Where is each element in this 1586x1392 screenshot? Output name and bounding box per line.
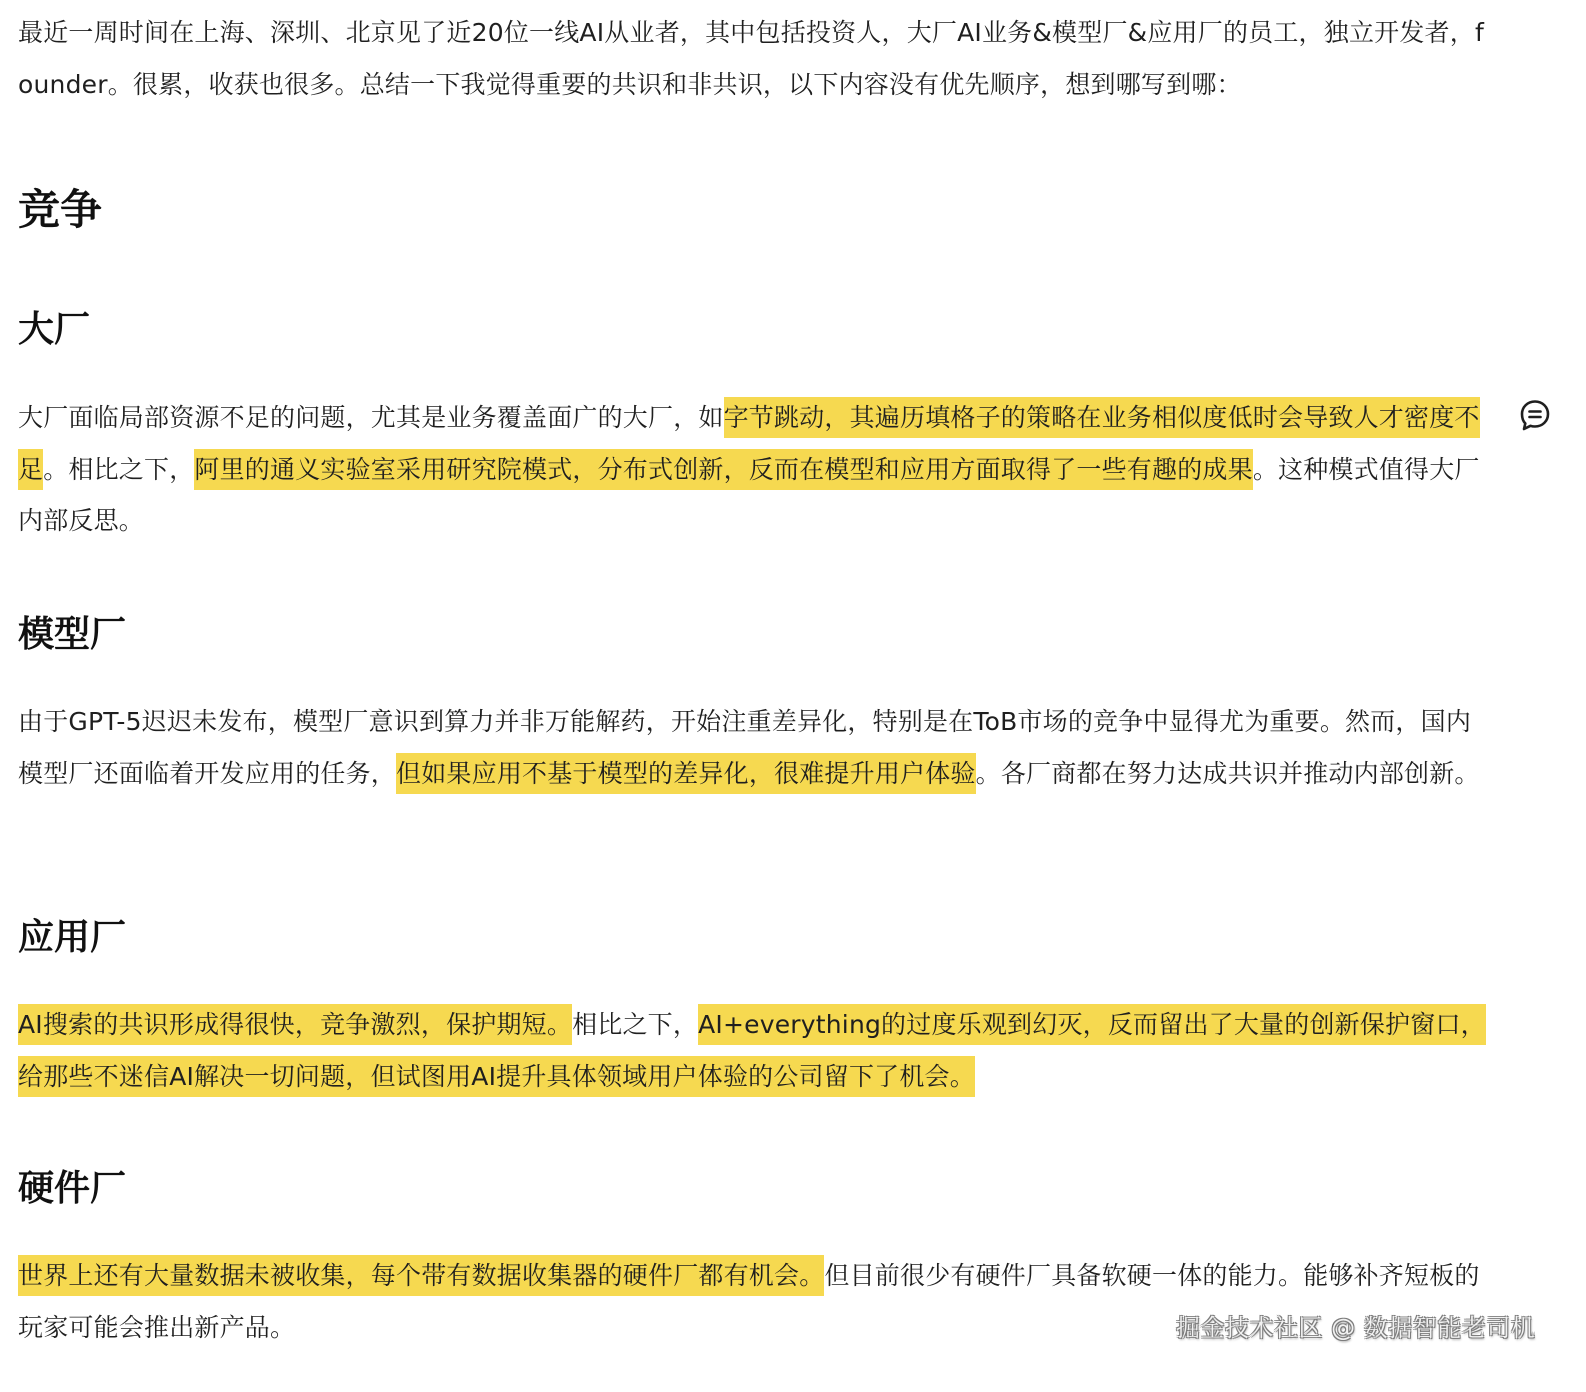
subsection-paragraph-app-companies: AI搜索的共识形成得很快，竞争激烈，保护期短。相比之下，AI+everythin… xyxy=(18,999,1488,1102)
subsection-heading-hardware-companies: 硬件厂 xyxy=(18,1164,126,1214)
text-segment: 大厂面临局部资源不足的问题，尤其是业务覆盖面广的大厂，如 xyxy=(18,403,724,432)
intro-paragraph: 最近一周时间在上海、深圳、北京见了近20位一线AI从业者，其中包括投资人，大厂A… xyxy=(18,7,1498,110)
comment-button[interactable] xyxy=(1518,398,1552,432)
subsection-paragraph-model-companies: 由于GPT-5迟迟未发布，模型厂意识到算力并非万能解药，开始注重差异化，特别是在… xyxy=(18,696,1488,799)
text-segment: 。相比之下， xyxy=(43,455,194,484)
section-title-competition: 竞争 xyxy=(18,180,102,240)
text-segment: 相比之下， xyxy=(572,1010,698,1039)
highlighted-text[interactable]: 但如果应用不基于模型的差异化，很难提升用户体验 xyxy=(396,753,976,794)
highlighted-text[interactable]: AI搜索的共识形成得很快，竞争激烈，保护期短。 xyxy=(18,1004,572,1045)
highlighted-text[interactable]: 世界上还有大量数据未被收集，每个带有数据收集器的硬件厂都有机会。 xyxy=(18,1255,824,1296)
subsection-paragraph-big-tech: 大厂面临局部资源不足的问题，尤其是业务覆盖面广的大厂，如字节跳动，其遍历填格子的… xyxy=(18,392,1488,547)
text-segment: 。各厂商都在努力达成共识并推动内部创新。 xyxy=(976,759,1480,788)
comment-bubble-icon xyxy=(1518,398,1552,432)
subsection-heading-model-companies: 模型厂 xyxy=(18,610,126,660)
watermark: 掘金技术社区 @ 数据智能老司机 xyxy=(1176,1311,1535,1345)
subsection-heading-app-companies: 应用厂 xyxy=(18,913,126,963)
subsection-heading-big-tech: 大厂 xyxy=(18,305,90,355)
highlighted-text[interactable]: 阿里的通义实验室采用研究院模式，分布式创新，反而在模型和应用方面取得了一些有趣的… xyxy=(194,449,1252,490)
